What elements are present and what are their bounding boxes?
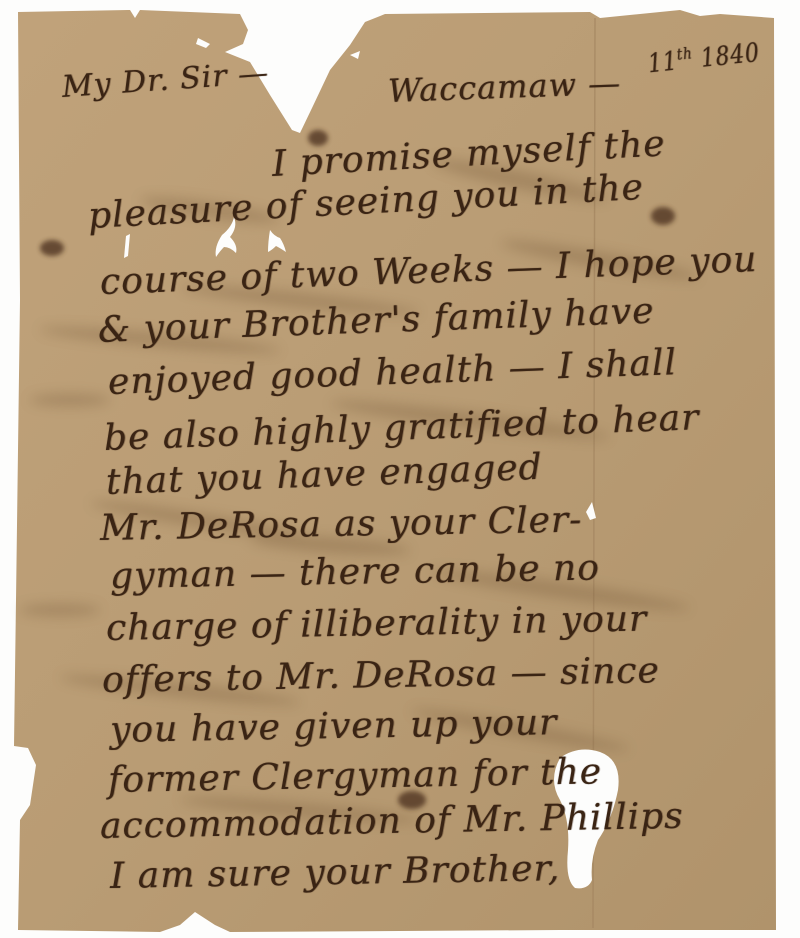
- letter-page: My Dr. Sir — Waccamaw — 11th 1840 I prom…: [0, 0, 800, 938]
- body-line: gyman — there can be no: [110, 547, 601, 597]
- place-heading: Waccamaw —: [387, 64, 621, 110]
- body-line: former Clergyman for the: [108, 751, 603, 801]
- body-line: you have given up your: [110, 702, 558, 751]
- date-suffix: th: [676, 43, 694, 64]
- body-line: Mr. DeRosa as your Cler-: [100, 500, 583, 549]
- body-line: I am sure your Brother,: [110, 848, 561, 897]
- date-day: 11: [647, 47, 680, 80]
- date-year: 1840: [699, 38, 761, 74]
